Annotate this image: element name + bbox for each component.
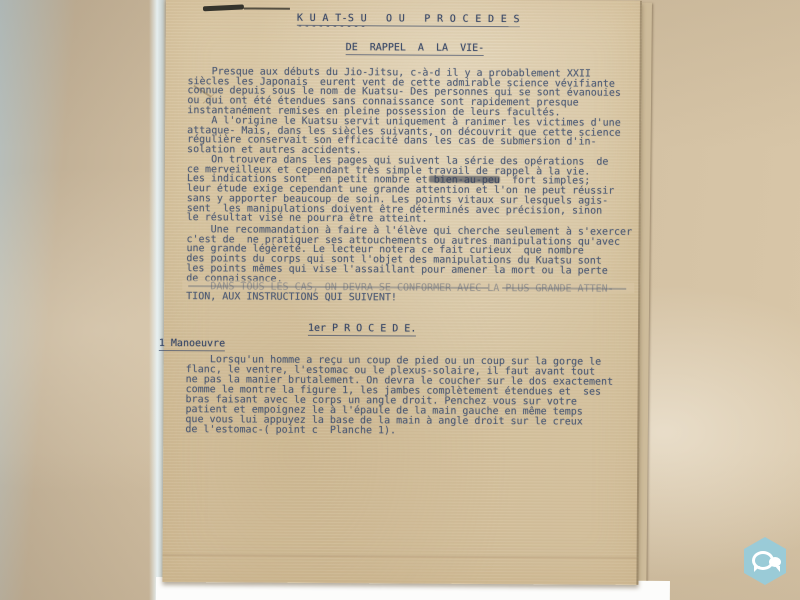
section-heading-manoeuvre: 1 Manoeuvre bbox=[159, 339, 225, 351]
staple-scratch-line bbox=[244, 7, 290, 9]
horizontal-fold-crease bbox=[163, 554, 637, 559]
paragraph-intro: Presque aux débuts du Jio-Jitsu, c-à-d i… bbox=[187, 67, 637, 118]
paragraph-origin: A l'origine le Kuatsu servit uniquement … bbox=[187, 116, 637, 158]
document-subtitle: DE RAPPEL A LA VIE- bbox=[346, 43, 485, 56]
paragraph-operations: On trouvera dans les pages qui suivent l… bbox=[187, 155, 637, 226]
speech-bubble-small-icon bbox=[769, 557, 781, 567]
typed-overstrike-mark bbox=[429, 176, 500, 183]
paragraph-recommendation: Une recommandation à faire à l'élève qui… bbox=[186, 225, 636, 286]
document-page: K U A T-S U O U P R O C E D E S --------… bbox=[162, 0, 642, 585]
staple-mark bbox=[203, 4, 244, 11]
section-heading-procede: 1er P R O C E D E. bbox=[308, 324, 416, 336]
paragraph-manoeuvre-instructions: Lorsqu'un homme a reçu un coup de pied o… bbox=[185, 355, 635, 438]
title-dashed-underline: ---------- bbox=[297, 22, 367, 32]
